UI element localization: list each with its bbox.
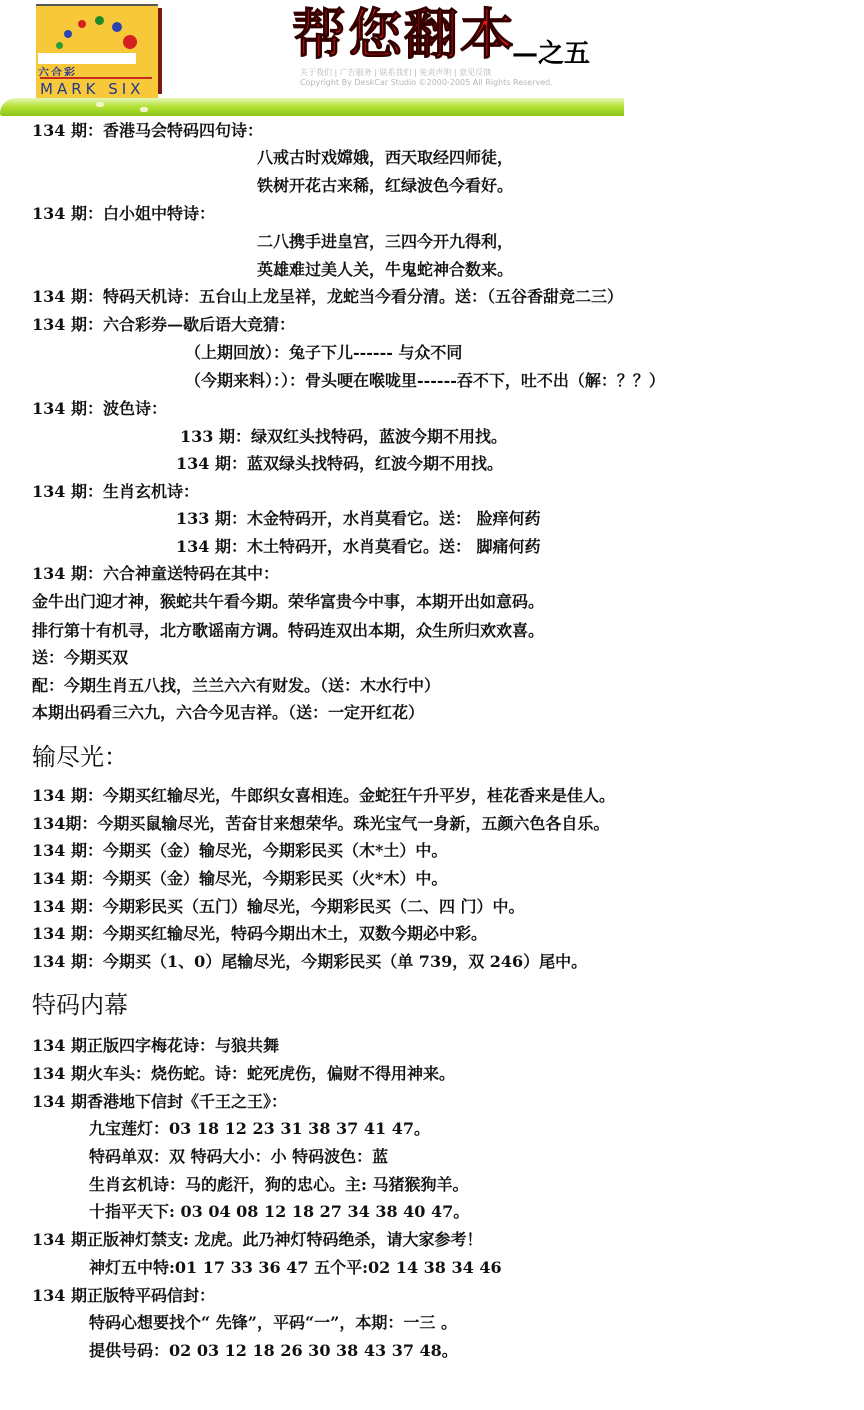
text-line: 配：今期生肖五八找，兰兰六六有财发。（送：木水行中） (32, 675, 440, 697)
text-line: 134 期：木土特码开，水肖莫看它。送： 脚痛何药 (176, 536, 541, 558)
heading-lose-all: 输尽光： (32, 742, 128, 772)
text-line: 神灯五中特:01 17 33 36 47 五个平:02 14 38 34 46 (89, 1257, 502, 1279)
header-banner: 六合彩 MARK SIX 帮您翻本 —之五 关于我们 | 广告服务 | 联系我们… (0, 0, 624, 118)
text-line: 134 期：特码天机诗：五台山上龙呈祥，龙蛇当今看分清。送：（五谷香甜竞二三） (32, 286, 623, 308)
logo-ball-green (56, 42, 63, 49)
copyright-text: 关于我们 | 广告服务 | 联系我们 | 免责声明 | 意见反馈 Copyrig… (300, 68, 553, 88)
page-title: 帮您翻本 (292, 4, 516, 64)
text-line: 134 期：今期买（金）输尽光，今期彩民买（火*木）中。 (32, 868, 447, 890)
copyright-line-2: Copyright By DeskCar Studio ©2000-2005 A… (300, 78, 553, 88)
page-subtitle: —之五 (512, 38, 624, 70)
marksix-logo: 六合彩 MARK SIX (36, 4, 158, 100)
text-line: （上期回放）：兔子下儿------ 与众不同 (185, 342, 462, 364)
text-line: 生肖玄机诗：马的彪汗，狗的忠心。主: 马猪猴狗羊。 (89, 1174, 468, 1196)
logo-cn-text: 六合彩 (38, 64, 148, 76)
text-line: 排行第十有机寻，北方歌谣南方调。特码连双出本期，众生所归欢欢喜。 (32, 620, 544, 642)
text-line: 134 期：生肖玄机诗： (32, 481, 199, 503)
text-line: 英雄难过美人关，牛鬼蛇神合数来。 (257, 259, 513, 281)
text-line: 二八携手进皇宫，三四今开九得利， (257, 231, 513, 253)
copyright-line-1: 关于我们 | 广告服务 | 联系我们 | 免责声明 | 意见反馈 (300, 68, 553, 78)
logo-text: MARK SIX (40, 80, 156, 98)
text-line: 134 期：六合彩券—歇后语大竞猜： (32, 314, 295, 336)
heading-special-code-inside: 特码内幕 (32, 990, 128, 1020)
text-line: 特码单双：双 特码大小：小 特码波色：蓝 (89, 1146, 388, 1168)
text-line: 134 期：白小姐中特诗： (32, 203, 215, 225)
text-line: 134 期正版特平码信封： (32, 1285, 215, 1307)
logo-red-line (40, 77, 152, 79)
text-line: 134 期：今期买红输尽光，牛郎织女喜相连。金蛇狂午升平岁，桂花香来是佳人。 (32, 785, 615, 807)
text-line: 134 期：今期买（1、0）尾输尽光，今期彩民买（单 739，双 246）尾中。 (32, 951, 587, 973)
logo-ball-red (123, 35, 137, 49)
text-line: 134 期火车头：烧伤蛇。诗：蛇死虎伤，偏财不得用神来。 (32, 1063, 455, 1085)
logo-edge (158, 8, 162, 94)
text-line: 送：今期买双 (32, 647, 128, 669)
text-line: 134 期香港地下信封《千王之王》： (32, 1091, 287, 1113)
text-line: 金牛出门迎才神，猴蛇共午看今期。荣华富贵今中事，本期开出如意码。 (32, 591, 544, 613)
text-line: 134 期：香港马会特码四句诗： (32, 120, 263, 142)
text-line: 134 期：蓝双绿头找特码，红波今期不用找。 (176, 453, 503, 475)
logo-ball-blue (112, 22, 122, 32)
logo-ball-blue (64, 30, 72, 38)
bar-highlight (140, 107, 148, 112)
text-line: 本期出码看三六九，六合今见吉祥。（送：一定开红花） (32, 702, 424, 724)
text-line: 134 期正版神灯禁支: 龙虎。此乃神灯特码绝杀，请大家参考！ (32, 1229, 482, 1251)
text-line: （今期来料）：）：骨头哽在喉咙里------吞不下，吐不出（解：？？） (185, 370, 665, 392)
bar-highlight (96, 102, 104, 107)
text-line: 133 期：绿双红头找特码，蓝波今期不用找。 (180, 426, 507, 448)
text-line: 八戒古时戏嫦娥，西天取经四师徒， (257, 147, 513, 169)
logo-white-band (38, 53, 136, 64)
logo-ball-green (95, 16, 104, 25)
text-line: 134 期：今期彩民买（五门）输尽光，今期彩民买（二、四 门）中。 (32, 896, 525, 918)
text-line: 134 期：波色诗： (32, 398, 167, 420)
text-line: 134 期正版四字梅花诗：与狼共舞 (32, 1035, 279, 1057)
green-divider-bar (0, 98, 624, 116)
text-line: 134 期：六合神童送特码在其中： (32, 563, 279, 585)
logo-ball-red (78, 20, 86, 28)
text-line: 十指平天下: 03 04 08 12 18 27 34 38 40 47。 (89, 1201, 469, 1223)
text-line: 提供号码：02 03 12 18 26 30 38 43 37 48。 (89, 1340, 458, 1362)
text-line: 134 期：今期买（金）输尽光，今期彩民买（木*土）中。 (32, 840, 447, 862)
text-line: 134期：今期买鼠输尽光，苦奋甘来想荣华。珠光宝气一身新，五颜六色各自乐。 (32, 813, 609, 835)
text-line: 九宝莲灯：03 18 12 23 31 38 37 41 47。 (89, 1118, 430, 1140)
text-line: 铁树开花古来稀，红绿波色今看好。 (257, 175, 513, 197)
text-line: 133 期：木金特码开，水肖莫看它。送： 脸痒何药 (176, 508, 541, 530)
text-line: 特码心想要找个“ 先锋”，平码“一”，本期：一三 。 (89, 1312, 457, 1334)
text-line: 134 期：今期买红输尽光，特码今期出木土，双数今期必中彩。 (32, 923, 487, 945)
